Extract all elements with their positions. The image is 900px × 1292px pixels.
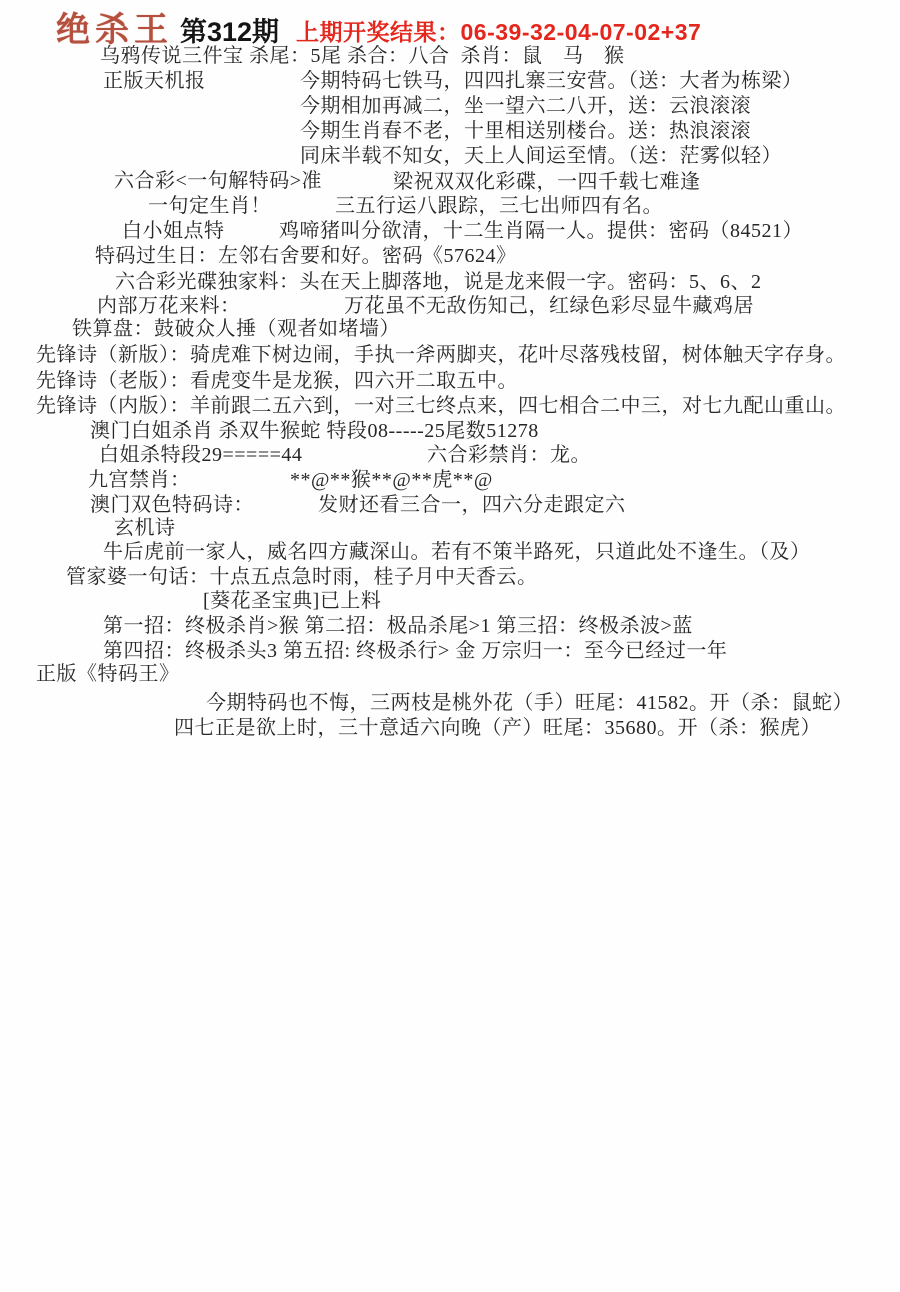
line-temawang-2: 四七正是欲上时，三十意适六向晚（产）旺尾：35680。开（杀：猴虎） bbox=[174, 717, 821, 740]
line-temawang-1: 今期特码也不悔，三两枝是桃外花（手）旺尾：41582。开（杀：鼠蛇） bbox=[206, 692, 853, 715]
line-macau-shuangse-text: 发财还看三合一，四六分走跟定六 bbox=[318, 494, 626, 517]
lottery-tip-sheet: 绝杀王 第312期 上期开奖结果：06-39-32-04-07-02+37 乌鸦… bbox=[0, 0, 900, 1292]
line-jinxiao: 六合彩禁肖：龙。 bbox=[427, 444, 591, 467]
label-yiju-jietema: 六合彩<一句解特码>准 bbox=[114, 170, 322, 193]
line-tianjibao-3: 今期生肖春不老，十里相送别楼台。送：热浪滚滚 bbox=[300, 120, 751, 143]
line-tiesuanpan: 铁算盘：鼓破众人捶（观者如堵墙） bbox=[72, 318, 400, 341]
line-wanhua-text: 万花虽不无敌伤知己，红绿色彩尽显牛藏鸡居 bbox=[344, 295, 754, 318]
label-wanhua: 内部万花来料： bbox=[97, 295, 241, 318]
line-crow-legend: 乌鸦传说三件宝 杀尾：5尾 杀合：八合 杀肖：鼠 马 猴 bbox=[100, 45, 625, 68]
line-xianfeng-new: 先锋诗（新版）：骑虎难下树边闹，手执一斧两脚夹，花叶尽落残枝留，树体触天字存身。 bbox=[36, 344, 846, 367]
label-temawang: 正版《特码王》 bbox=[36, 663, 180, 686]
line-zhao-4-5: 第四招：终极杀头3 第五招: 终极杀行> 金 万宗归一：至今已经过一年 bbox=[103, 640, 727, 663]
line-tianjibao-2: 今期相加再减二，坐一望六二八开，送：云浪滚滚 bbox=[300, 95, 751, 118]
line-tema-shengri: 特码过生日：左邻右舍要和好。密码《57624》 bbox=[95, 245, 517, 268]
line-xianfeng-inner: 先锋诗（内版）：羊前跟二五六到，一对三七终点来，四七相合二中三，对七九配山重山。 bbox=[36, 395, 846, 418]
line-yiju-text: 梁祝双双化彩碟，一四千载七难逢 bbox=[393, 171, 701, 194]
line-ding-shengxiao-text: 三五行运八跟踪，三七出师四有名。 bbox=[335, 195, 663, 218]
label-baixiaojie: 白小姐点特 bbox=[122, 220, 225, 243]
label-xuanji-shi: 玄机诗 bbox=[114, 517, 176, 540]
page-logo-juesha-wang: 绝杀王 bbox=[56, 2, 173, 51]
line-baixiaojie-text: 鸡啼猪叫分欲清，十二生肖隔一人。提供：密码（84521） bbox=[279, 220, 803, 243]
line-guanjiapo: 管家婆一句话：十点五点急时雨，桂子月中天香云。 bbox=[66, 566, 538, 589]
label-ding-shengxiao: 一句定生肖！ bbox=[148, 195, 271, 218]
line-tianjibao-1: 今期特码七铁马，四四扎寨三安营。（送：大者为栋梁） bbox=[300, 70, 803, 93]
line-tianjibao-4: 同床半载不知女，天上人间运至情。（送：茫雾似轻） bbox=[300, 145, 782, 168]
line-kuihua-baodian: [葵花圣宝典]已上料 bbox=[203, 590, 381, 613]
line-macau-baijie-shaxiao: 澳门白姐杀肖 杀双牛猴蛇 特段08-----25尾数51278 bbox=[90, 420, 539, 443]
line-guangdie-dujialiao: 六合彩光碟独家料：头在天上脚落地，说是龙来假一字。密码：5、6、2 bbox=[115, 271, 762, 294]
label-jiugong-jinxiao: 九宫禁肖： bbox=[88, 469, 191, 492]
label-tianjibao: 正版天机报 bbox=[103, 70, 206, 93]
line-xuanji-text: 牛后虎前一家人，威名四方藏深山。若有不策半路死，只道此处不逢生。（及） bbox=[103, 541, 811, 564]
label-macau-shuangse: 澳门双色特码诗： bbox=[90, 494, 254, 517]
line-baijie-shaduan: 白姐杀特段29=====44 bbox=[99, 444, 302, 467]
issue-number: 第312期 bbox=[180, 10, 279, 49]
line-jiugong-text: **@**猴**@**虎**@ bbox=[290, 469, 493, 492]
line-xianfeng-old: 先锋诗（老版）：看虎变牛是龙猴，四六开二取五中。 bbox=[36, 370, 518, 393]
last-draw-result: 上期开奖结果：06-39-32-04-07-02+37 bbox=[296, 14, 701, 47]
line-zhao-1-2-3: 第一招：终极杀肖>猴 第二招：极品杀尾>1 第三招：终极杀波>蓝 bbox=[103, 615, 693, 638]
